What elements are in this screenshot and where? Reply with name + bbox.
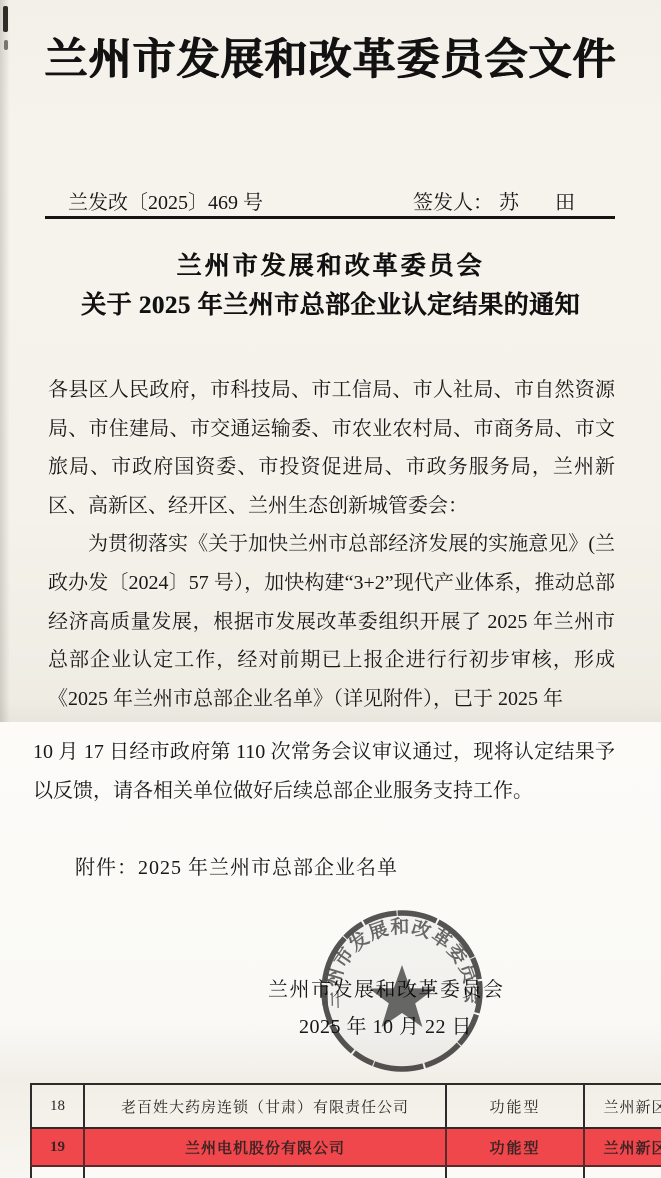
document-number: 兰发改〔2025〕469 号	[68, 186, 263, 215]
scan-edge-shadow	[0, 0, 10, 722]
issuer-label: 签发人：	[413, 192, 493, 214]
document-title-line2: 关于 2025 年兰州市总部企业认定结果的通知	[0, 286, 661, 325]
table-row-cutoff	[31, 1166, 661, 1178]
document-body-lower: 10 月 17 日经市政府第 110 次常务会议审议通过，现将认定结果予以反馈，…	[33, 733, 615, 811]
cell-row-number: 18	[31, 1084, 84, 1128]
attachment-table: 18 老百姓大药房连锁（甘肃）有限责任公司 功能型 兰州新区 19 兰州电机股份…	[30, 1083, 661, 1178]
issuer: 签发人：苏 田	[413, 186, 583, 215]
document-masthead: 兰州市发展和改革委员会文件	[0, 26, 661, 87]
official-seal-icon: 兰州市发展和改革委员会	[314, 903, 490, 1079]
cell-region: 兰州新区	[584, 1084, 661, 1128]
header-divider	[45, 216, 615, 219]
cell-enterprise-type: 功能型	[446, 1128, 584, 1165]
cell-row-number: 19	[31, 1128, 84, 1165]
cell-region: 兰州新区	[584, 1128, 661, 1165]
cell-company-name: 兰州电机股份有限公司	[84, 1128, 446, 1165]
document-title: 兰州市发展和改革委员会 关于 2025 年兰州市总部企业认定结果的通知	[0, 247, 661, 325]
paragraph-recipients: 各县区人民政府，市科技局、市工信局、市人社局、市自然资源局、市住建局、市交通运输…	[48, 371, 615, 525]
scanned-document-page: 兰州市发展和改革委员会文件 兰发改〔2025〕469 号 签发人：苏 田 兰州市…	[0, 0, 661, 1178]
document-number-row: 兰发改〔2025〕469 号 签发人：苏 田	[68, 186, 583, 215]
attachment-line: 附件：2025 年兰州市总部企业名单	[75, 851, 398, 880]
paragraph-body: 为贯彻落实《关于加快兰州市总部经济发展的实施意见》(兰政办发〔2024〕57 号…	[48, 525, 615, 718]
document-title-line1: 兰州市发展和改革委员会	[0, 247, 661, 286]
table-row: 18 老百姓大药房连锁（甘肃）有限责任公司 功能型 兰州新区	[31, 1084, 661, 1128]
issuer-name: 苏 田	[499, 192, 583, 214]
cell-company-name: 老百姓大药房连锁（甘肃）有限责任公司	[84, 1084, 446, 1128]
table-row-highlighted: 19 兰州电机股份有限公司 功能型 兰州新区	[31, 1128, 661, 1165]
document-body-upper: 各县区人民政府，市科技局、市工信局、市人社局、市自然资源局、市住建局、市交通运输…	[48, 371, 615, 718]
cell-enterprise-type: 功能型	[446, 1084, 584, 1128]
